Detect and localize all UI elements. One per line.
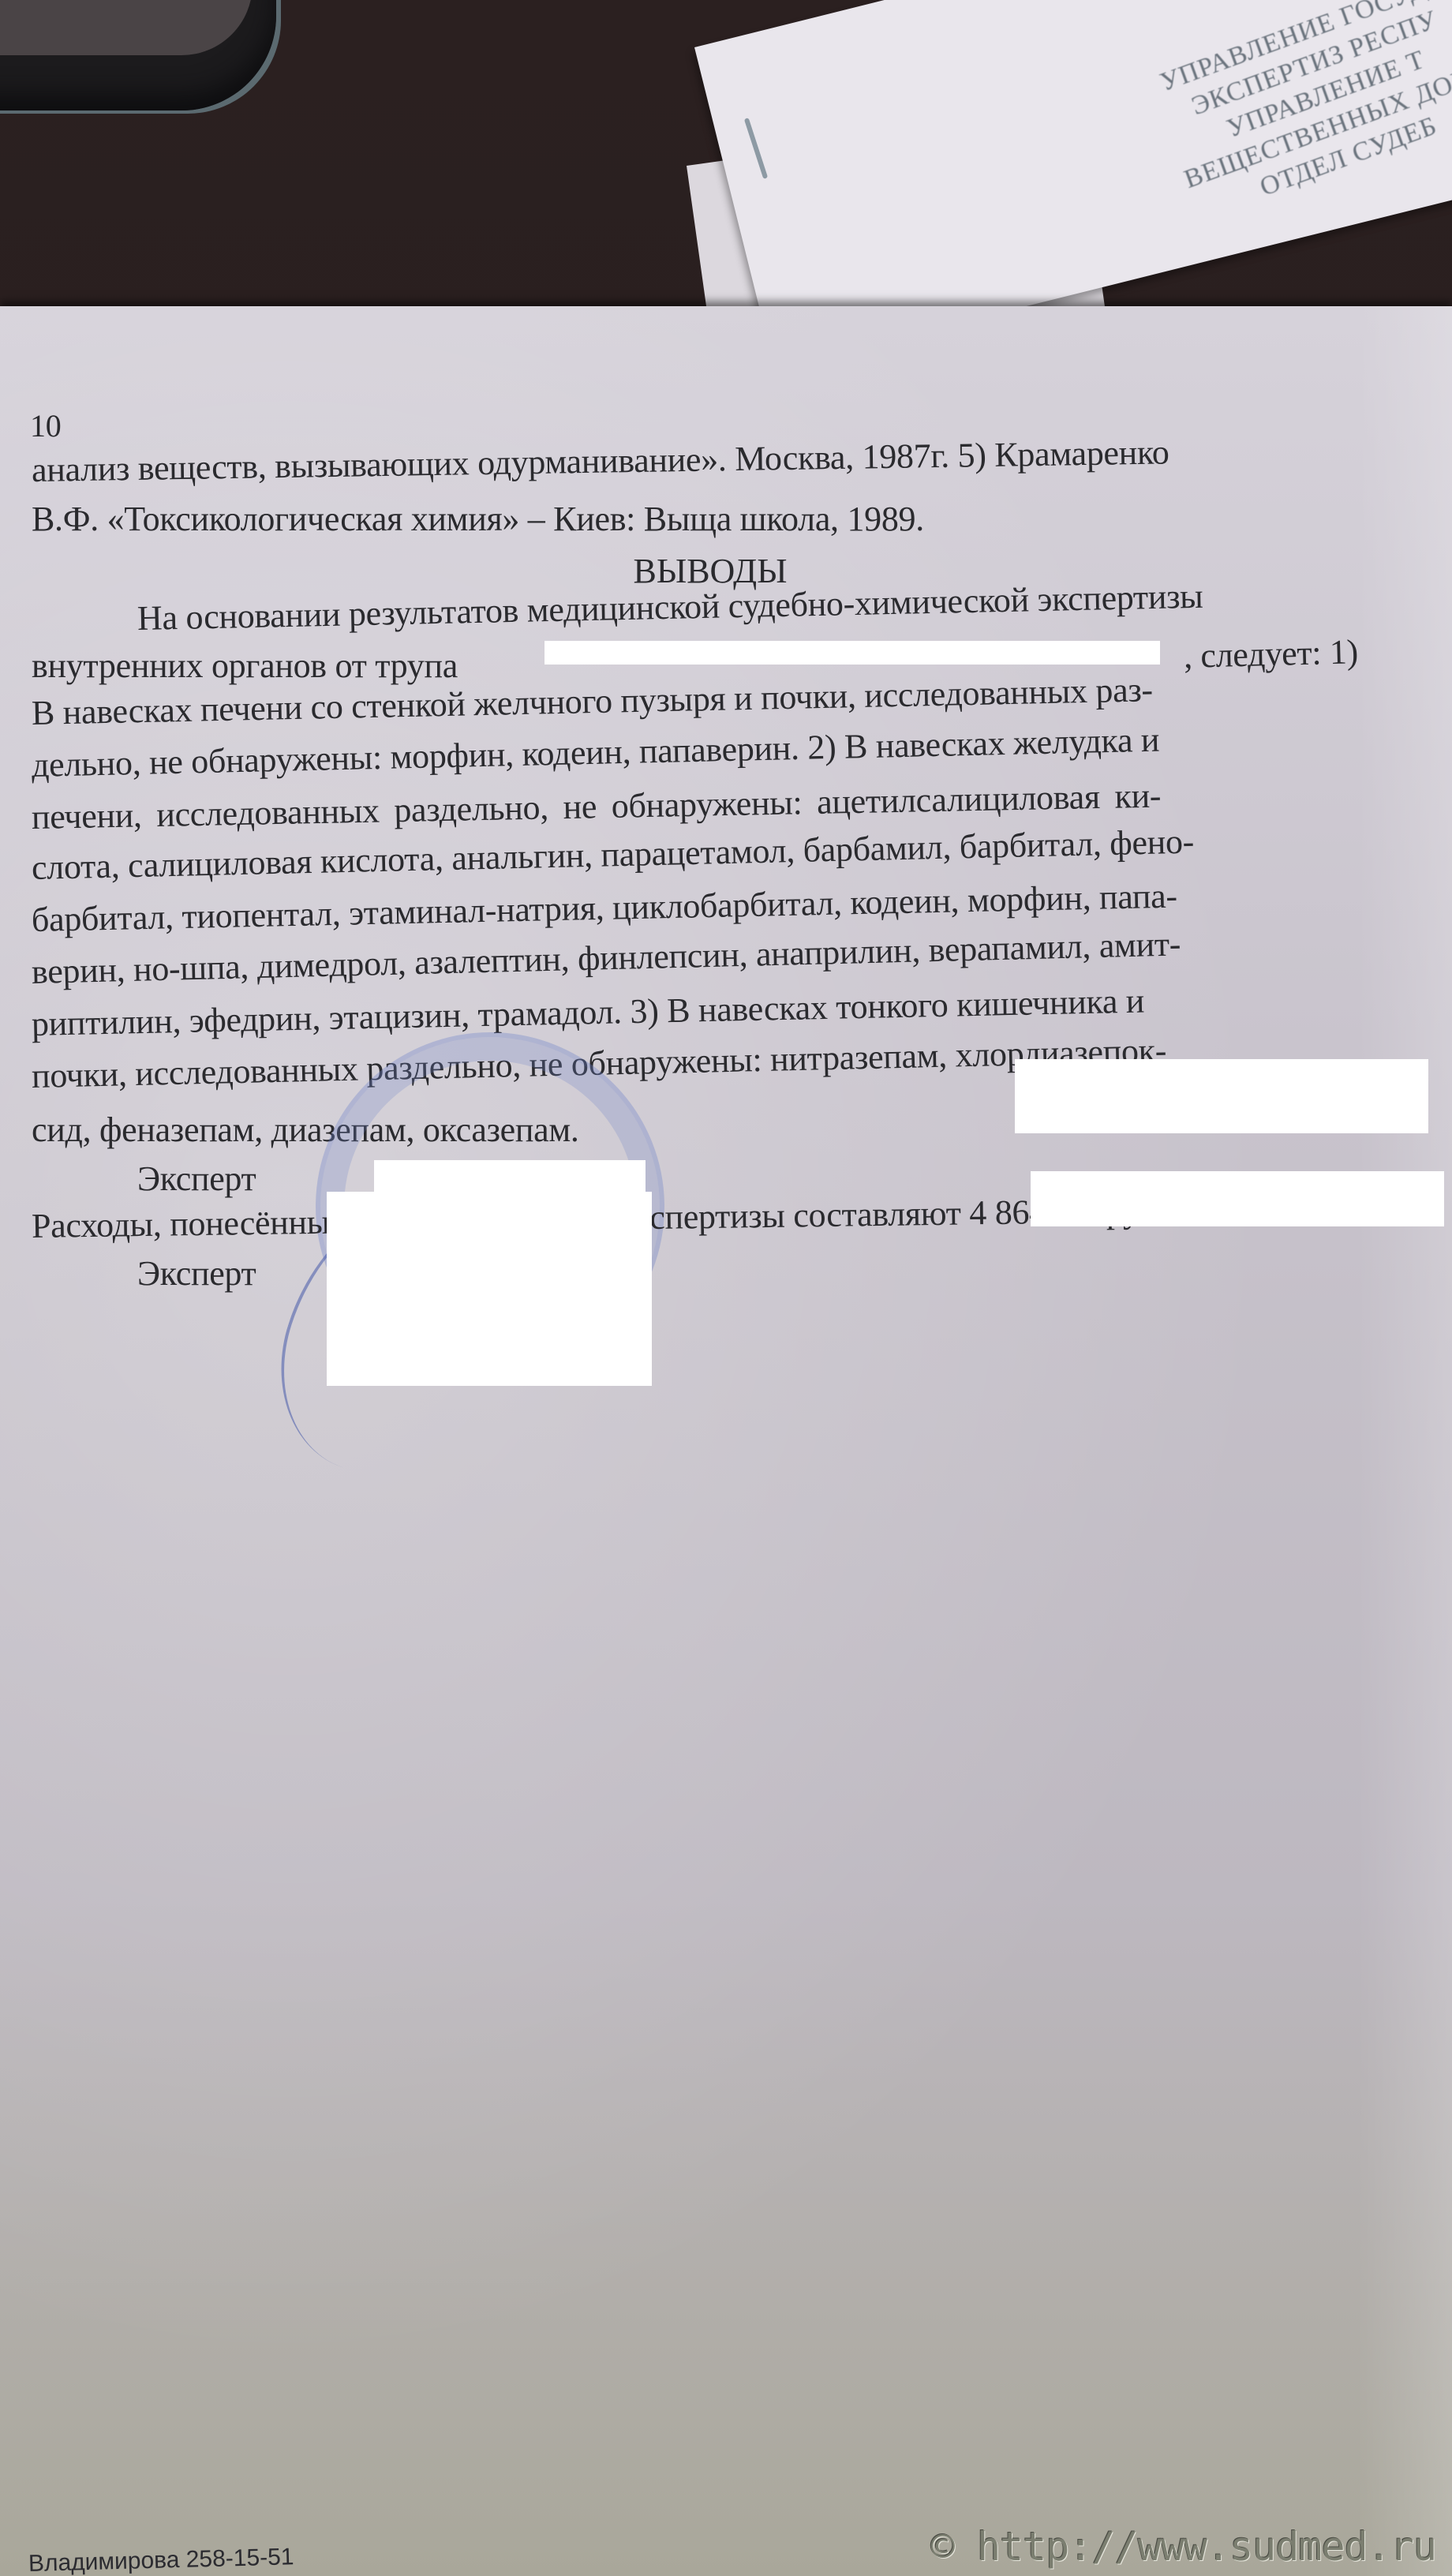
expert-label: Эксперт [137,1159,256,1199]
desk-object-top [0,0,253,55]
intro-line: анализ веществ, вызывающих одурманивание… [32,432,1169,490]
watermark: © http://www.sudmed.ru [931,2524,1436,2570]
page-shading [1357,306,1452,2576]
conclusions-line: внутренних органов от трупа [32,646,458,686]
page-number: 10 [30,407,61,444]
redaction-box [327,1192,652,1386]
conclusions-heading: ВЫВОДЫ [0,551,1420,591]
intro-line: В.Ф. «Токсикологическая химия» – Киев: В… [32,499,924,539]
redaction-box [1015,1059,1428,1133]
redaction-box [1031,1171,1444,1226]
expert-label: Эксперт [137,1253,256,1294]
conclusions-line: , следует: 1) [1183,631,1358,676]
document-page: 10 анализ веществ, вызывающих одурманива… [0,306,1452,2576]
redaction-box [544,641,1160,665]
